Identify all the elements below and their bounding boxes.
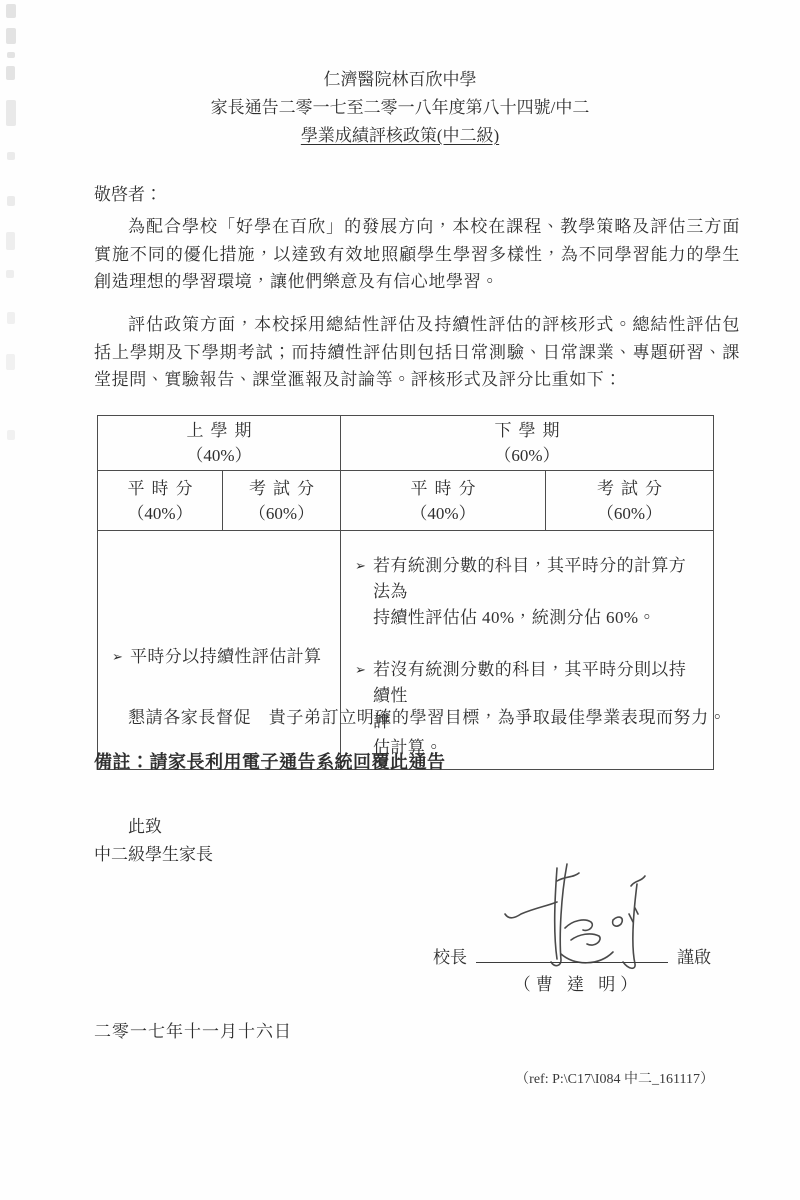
- paragraph-policy: 評估政策方面，本校採用總結性評估及持續性評估的評核形式。總結性評估包括上學期及下…: [94, 311, 740, 394]
- scan-artifact: [6, 232, 15, 250]
- table-row-details: ➢ 平時分以持續性評估計算 ➢ 若有統測分數的科目，其平時分的計算方法為 持續性…: [98, 531, 714, 770]
- list-item: ➢ 平時分以持續性評估計算: [112, 644, 330, 671]
- scan-artifact: [7, 430, 15, 440]
- term1-weight: （40%）: [98, 443, 340, 468]
- reply-note: 備註：請家長利用電子通告系統回覆此通告: [94, 748, 446, 774]
- coursework-label: 平時分: [98, 476, 222, 501]
- term1-header-cell: 上學期 （40%）: [98, 416, 341, 471]
- term2-exam-cell: 考試分 （60%）: [546, 471, 714, 531]
- scan-artifact: [6, 4, 16, 18]
- reference-number: （ref: P:\C17\I084 中二_161117）: [0, 1068, 714, 1088]
- table-row-terms: 上學期 （40%） 下學期 （60%）: [98, 416, 714, 471]
- exam-label: 考試分: [546, 476, 713, 501]
- scan-artifact: [7, 312, 15, 324]
- scan-artifact: [6, 354, 15, 370]
- term2-details-cell: ➢ 若有統測分數的科目，其平時分的計算方法為 持續性評估佔 40%，統測分佔 6…: [341, 531, 714, 770]
- exam-weight: （60%）: [546, 501, 713, 526]
- coursework-weight: （40%）: [98, 501, 222, 526]
- coursework-label: 平時分: [341, 476, 545, 501]
- paragraph-exhortation: 懇請各家長督促 貴子弟訂立明確的學習目標，為爭取最佳學業表現而努力。: [94, 704, 740, 732]
- bullet-text: 若有統測分數的科目，其平時分的計算方法為 持續性評估佔 40%，統測分佔 60%…: [373, 553, 703, 631]
- table-row-components: 平時分 （40%） 考試分 （60%） 平時分 （40%） 考試分 （60%）: [98, 471, 714, 531]
- arrow-bullet-icon: ➢: [112, 644, 130, 671]
- exam-label: 考試分: [223, 476, 340, 501]
- coursework-weight: （40%）: [341, 501, 545, 526]
- letter-header: 仁濟醫院林百欣中學 家長通告二零一七至二零一八年度第八十四號/中二 學業成績評核…: [0, 66, 800, 150]
- bullet-text: 平時分以持續性評估計算: [130, 644, 330, 671]
- scanned-letter-page: 仁濟醫院林百欣中學 家長通告二零一七至二零一八年度第八十四號/中二 學業成績評核…: [0, 0, 800, 1200]
- term2-coursework-cell: 平時分 （40%）: [341, 471, 546, 531]
- scan-artifact: [7, 52, 15, 58]
- principal-name: （曹 達 明）: [503, 970, 653, 995]
- closing-recipient: 中二級學生家長: [94, 840, 213, 865]
- term1-details-cell: ➢ 平時分以持續性評估計算: [98, 531, 341, 770]
- term1-exam-cell: 考試分 （60%）: [223, 471, 341, 531]
- term2-header-cell: 下學期 （60%）: [341, 416, 714, 471]
- closing-intro: 此致: [94, 812, 162, 837]
- term2-weight: （60%）: [341, 443, 713, 468]
- term1-coursework-cell: 平時分 （40%）: [98, 471, 223, 531]
- term2-label: 下學期: [341, 418, 713, 443]
- signature-row: 校長謹啟: [433, 943, 711, 968]
- paragraph-intro: 為配合學校「好學在百欣」的發展方向，本校在課程、教學策略及評估三方面實施不同的優…: [94, 213, 740, 296]
- letter-subject: 學業成績評核政策(中二級): [0, 122, 800, 150]
- letter-date: 二零一七年十一月十六日: [94, 1017, 292, 1042]
- exam-weight: （60%）: [223, 501, 340, 526]
- scan-artifact: [7, 196, 15, 206]
- respectfully-label: 謹啟: [677, 948, 711, 967]
- scan-artifact: [6, 28, 16, 44]
- notice-title: 家長通告二零一七至二零一八年度第八十四號/中二: [0, 94, 800, 122]
- school-name: 仁濟醫院林百欣中學: [0, 66, 800, 94]
- term1-label: 上學期: [98, 418, 340, 443]
- signature-line: [476, 945, 668, 963]
- principal-title-label: 校長: [433, 948, 467, 967]
- arrow-bullet-icon: ➢: [355, 553, 373, 631]
- list-item: ➢ 若有統測分數的科目，其平時分的計算方法為 持續性評估佔 40%，統測分佔 6…: [355, 553, 703, 631]
- salutation: 敬啓者：: [94, 180, 162, 205]
- scan-artifact: [6, 270, 14, 278]
- scan-artifact: [7, 152, 15, 160]
